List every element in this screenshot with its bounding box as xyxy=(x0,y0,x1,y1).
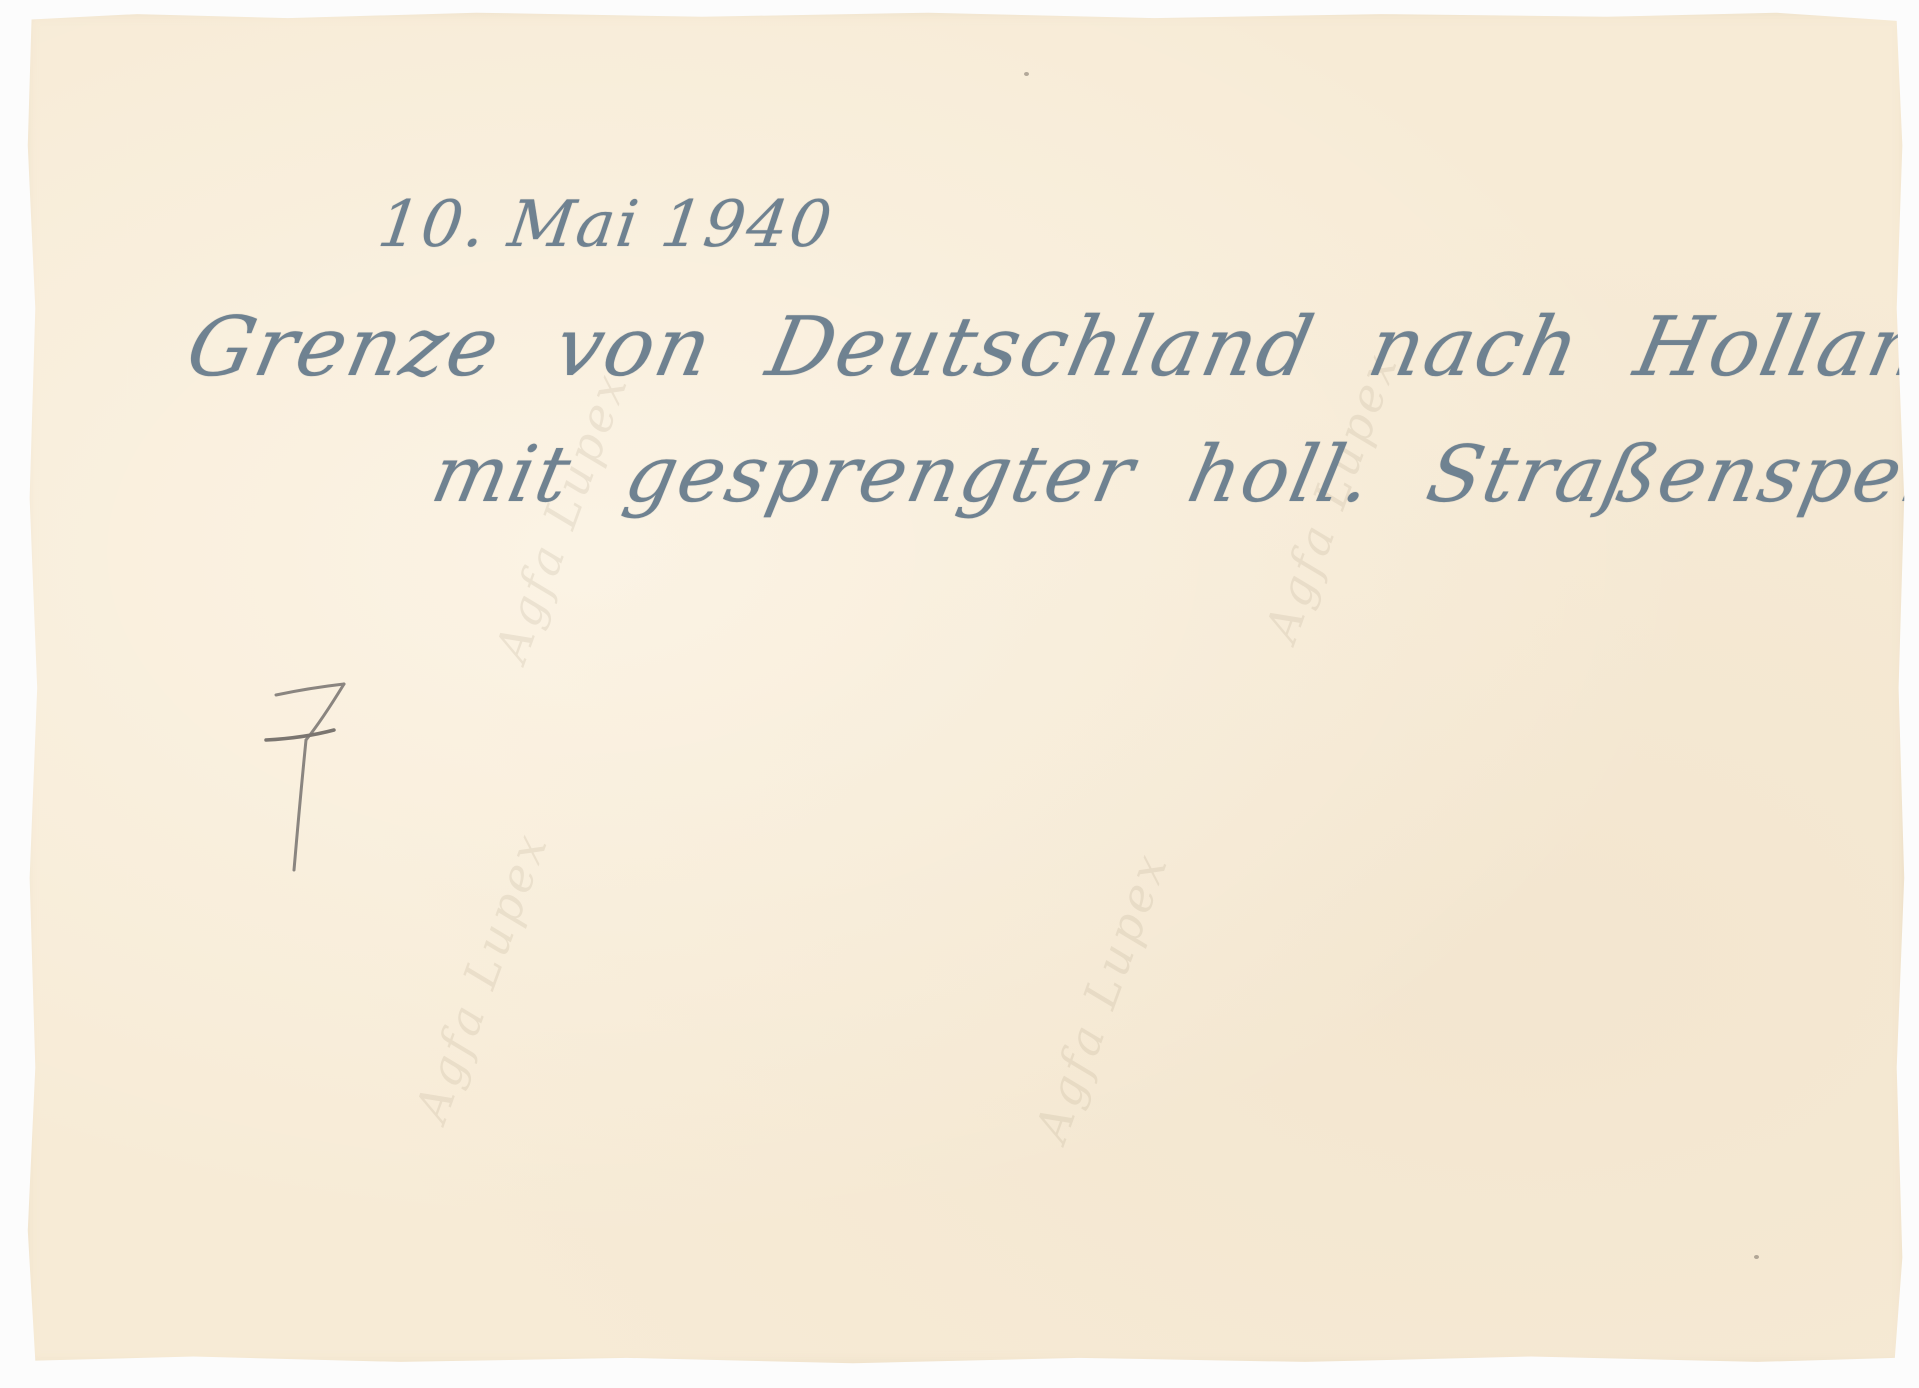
handwritten-caption-line-1: Grenze von Deutschland nach Holland. xyxy=(179,300,1919,395)
watermark-agfa-lupex: Agfa Lupex xyxy=(404,824,559,1129)
photo-card-reverse: Agfa Lupex Agfa Lupex Agfa Lupex Agfa Lu… xyxy=(24,10,1908,1366)
handwritten-caption-line-2: mit gesprengter holl. Straßensperre. xyxy=(424,430,1919,520)
paper-speck xyxy=(1024,72,1029,76)
handwritten-date: 10. Mai 1940 xyxy=(374,188,838,262)
scan-background: Agfa Lupex Agfa Lupex Agfa Lupex Agfa Lu… xyxy=(0,0,1919,1388)
pencil-number-7: 7 xyxy=(264,680,384,880)
paper-speck xyxy=(1754,1255,1759,1259)
watermark-agfa-lupex: Agfa Lupex xyxy=(1024,844,1179,1149)
